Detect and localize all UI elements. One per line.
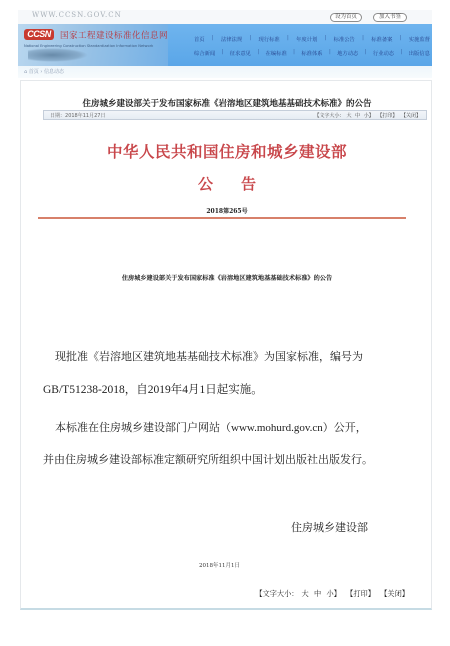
signer: 住房城乡建设部 (291, 519, 368, 535)
top-strip: WWW.CCSN.GOV.CN 设为首页 加入书签 (18, 10, 432, 24)
nav-current-standards[interactable]: 现行标准 (259, 35, 280, 43)
close-link[interactable]: 【关闭】 (401, 113, 421, 119)
font-size-large[interactable]: 大 (347, 113, 352, 119)
article-card: 住房城乡建设部关于发布国家标准《岩溶地区建筑地基基础技术标准》的公告 日期：20… (20, 80, 432, 610)
nav-local-news[interactable]: 地方动态 (337, 49, 358, 57)
nav-supervision[interactable]: 实施监督 (409, 35, 430, 43)
nav-divider: | (293, 49, 295, 57)
main-nav-row-2: 综合新闻| 征求意见| 在编标准| 标准体系| 地方动态| 行业动态| 出版信息 (194, 49, 430, 57)
mohurd-url: www.mohurd.gov.cn (231, 422, 323, 434)
paragraph-text: 本标准在住房城乡建设部门户网站（ (55, 421, 231, 434)
nav-laws[interactable]: 法律法规 (221, 35, 242, 43)
article-date: 日期：2018年11月27日 (50, 112, 105, 119)
breadcrumb: ⌂ 首页 › 信息动态 (18, 66, 432, 78)
article-tools: 【文字大小：大 中 小】 【打印】 【关闭】 (313, 112, 421, 119)
close-link[interactable]: 【关闭】 (380, 589, 409, 598)
document-title: 住房城乡建设部关于发布国家标准《岩溶地区建筑地基基础技术标准》的公告 (21, 273, 433, 282)
print-link[interactable]: 【打印】 (377, 113, 397, 119)
document-type-char: 告 (241, 173, 256, 194)
add-bookmark-button[interactable]: 加入书签 (373, 13, 407, 22)
font-size-small[interactable]: 小】 (326, 589, 340, 598)
document-number: 2018第265号 (21, 206, 433, 215)
header-banner: CCSN 国家工程建设标准化信息网 National Engineering C… (18, 24, 432, 66)
breadcrumb-current[interactable]: 信息动态 (44, 69, 64, 75)
nav-divider: | (212, 35, 214, 43)
date-label: 日期： (50, 113, 65, 119)
red-divider (38, 217, 406, 219)
font-size-medium[interactable]: 中 (314, 589, 321, 598)
nav-comments[interactable]: 征求意见 (230, 49, 251, 57)
breadcrumb-home-icon: ⌂ (24, 69, 27, 75)
sign-date: 2018年11月1日 (199, 561, 240, 569)
paragraph-2-line-1: 本标准在住房城乡建设部门户网站（www.mohurd.gov.cn）公开， (55, 419, 367, 435)
breadcrumb-home[interactable]: 首页 (29, 69, 39, 75)
font-size-small[interactable]: 小】 (364, 113, 374, 119)
nav-drafting[interactable]: 在编标准 (266, 49, 287, 57)
nav-divider: | (400, 35, 402, 43)
nav-divider: | (325, 35, 327, 43)
nav-home[interactable]: 首页 (194, 35, 205, 43)
nav-filing[interactable]: 标准备案 (371, 35, 392, 43)
nav-divider: | (362, 35, 364, 43)
print-link[interactable]: 【打印】 (346, 589, 375, 598)
footer-tools: 【文字大小：大 中 小】 【打印】 【关闭】 (252, 589, 409, 599)
nav-divider: | (287, 35, 289, 43)
nav-industry-news[interactable]: 行业动态 (373, 49, 394, 57)
paragraph-2-line-2: 并由住房城乡建设部标准定额研究所组织中国计划出版社出版发行。 (43, 451, 373, 467)
nav-divider: | (249, 35, 251, 43)
nav-divider: | (401, 49, 403, 57)
font-size-medium[interactable]: 中 (355, 113, 360, 119)
breadcrumb-separator: › (40, 69, 42, 75)
set-homepage-button[interactable]: 设为首页 (330, 13, 362, 22)
nav-system[interactable]: 标准体系 (301, 49, 322, 57)
paragraph-1-line-2: GB/T51238-2018，自2019年4月1日起实施。 (43, 381, 263, 397)
issuing-organization: 中华人民共和国住房和城乡建设部 (21, 140, 433, 162)
nav-divider: | (365, 49, 367, 57)
nav-divider: | (222, 49, 224, 57)
site-name-english: National Engineering Construction Standa… (24, 44, 153, 48)
main-nav-row-1: 首页| 法律法规| 现行标准| 年度计划| 标准公告| 标准备案| 实施监督 (194, 35, 430, 43)
paragraph-text: ）公开， (323, 421, 367, 434)
nav-divider: | (257, 49, 259, 57)
site-name: 国家工程建设标准化信息网 (60, 29, 168, 41)
nav-divider: | (329, 49, 331, 57)
document-type: 公告 (21, 173, 433, 194)
nav-annual-plan[interactable]: 年度计划 (296, 35, 317, 43)
article-info-bar: 日期：2018年11月27日 【文字大小：大 中 小】 【打印】 【关闭】 (43, 110, 427, 120)
font-size-label: 【文字大小： (255, 589, 298, 598)
font-size-large[interactable]: 大 (301, 589, 308, 598)
page: WWW.CCSN.GOV.CN 设为首页 加入书签 CCSN 国家工程建设标准化… (18, 0, 432, 646)
nav-news[interactable]: 综合新闻 (194, 49, 215, 57)
site-url: WWW.CCSN.GOV.CN (32, 11, 122, 19)
nav-announcements[interactable]: 标准公告 (334, 35, 355, 43)
article-headline: 住房城乡建设部关于发布国家标准《岩溶地区建筑地基基础技术标准》的公告 (21, 97, 433, 109)
date-value: 2018年11月27日 (65, 113, 105, 119)
site-logo[interactable]: CCSN (24, 29, 54, 40)
document-type-char: 公 (198, 173, 213, 194)
paragraph-1-line-1: 现批准《岩溶地区建筑地基基础技术标准》为国家标准，编号为 (55, 348, 363, 364)
font-size-label: 【文字大小： (315, 113, 345, 119)
nav-publishing[interactable]: 出版信息 (409, 49, 430, 57)
